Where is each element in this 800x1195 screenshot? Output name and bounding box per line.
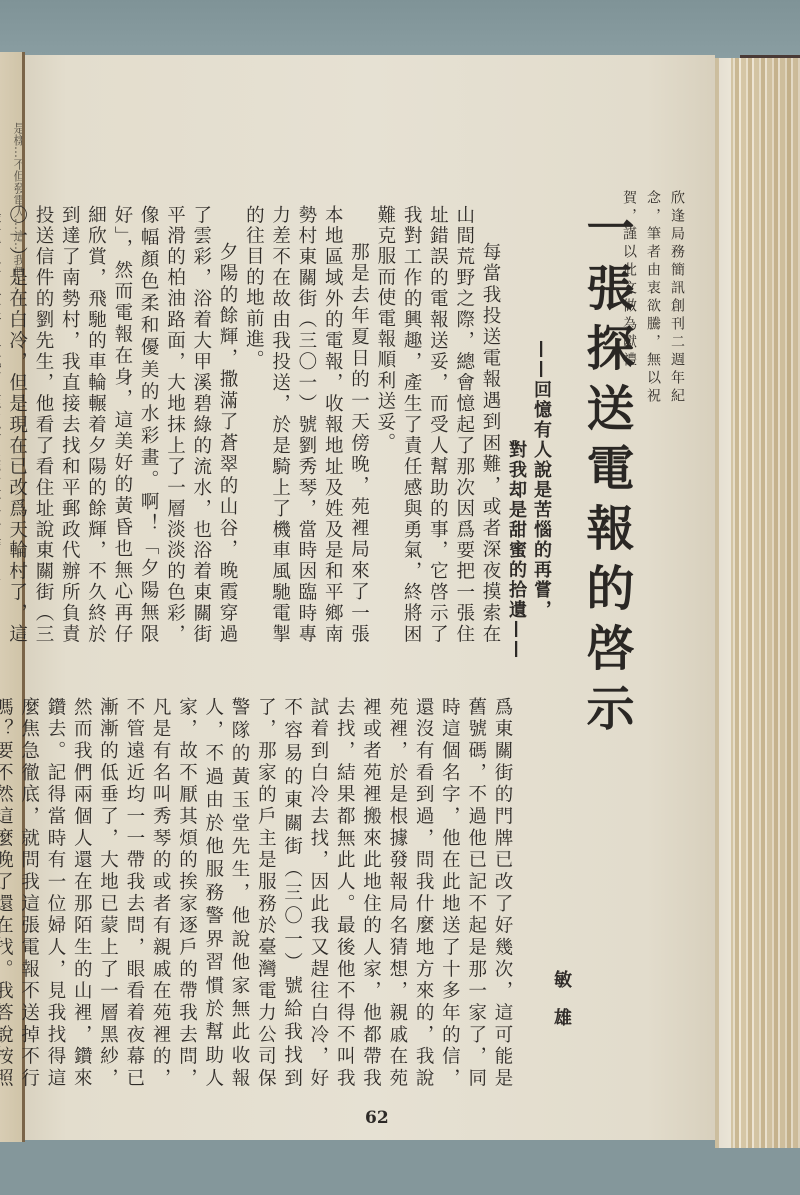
paragraph: 每當我投送電報遇到困難，或者深夜摸索在山間荒野之際，總會憶起了那次因爲要把一張住…: [372, 205, 503, 645]
author-name: 敏雄: [548, 970, 574, 1070]
page-number: 62: [365, 1108, 389, 1128]
backdrop-bottom: [0, 1135, 800, 1195]
body-text-upper: 每當我投送電報遇到困難，或者深夜摸索在山間荒野之際，總會憶起了那次因爲要把一張住…: [73, 205, 503, 645]
page-edges-stack: [715, 58, 800, 1148]
body-text-lower: 爲東關街的門牌已改了好幾次，這可能是舊號碼，不過他已記不起是那一家了，同時這個名…: [80, 697, 515, 1089]
paragraph: 爲東關街的門牌已改了好幾次，這可能是舊號碼，不過他已記不起是那一家了，同時這個名…: [0, 697, 515, 1089]
paragraph: 那是去年夏日的一天傍晚，苑裡局來了一張本地區域外的電報，收報地址及姓及是和平鄉南…: [240, 205, 371, 645]
article-subtitle-line-2: 對我却是甜蜜的拾遺——: [506, 440, 526, 730]
backdrop-top: [0, 0, 800, 60]
paragraph: 夕陽的餘輝，撒滿了蒼翠的山谷，晚霞穿過了雲彩，浴着大甲溪碧綠的流水，也浴着東關街…: [0, 205, 240, 645]
page-edge-shade: [715, 58, 800, 1148]
dedication-note: 欣逢局務簡訊創刊二週年紀念，筆者由衷欲騰，無以祝賀，謹以此文做為獻禮: [633, 190, 689, 440]
article-subtitle-line-1: ——回憶有人說是苦惱的再嘗，: [531, 340, 551, 700]
book-page: 欣逢局務簡訊創刊二週年紀念，筆者由衷欲騰，無以祝賀，謹以此文做為獻禮 一張探送電…: [25, 55, 715, 1140]
article-title: 一張探送電報的啓示: [580, 203, 632, 763]
